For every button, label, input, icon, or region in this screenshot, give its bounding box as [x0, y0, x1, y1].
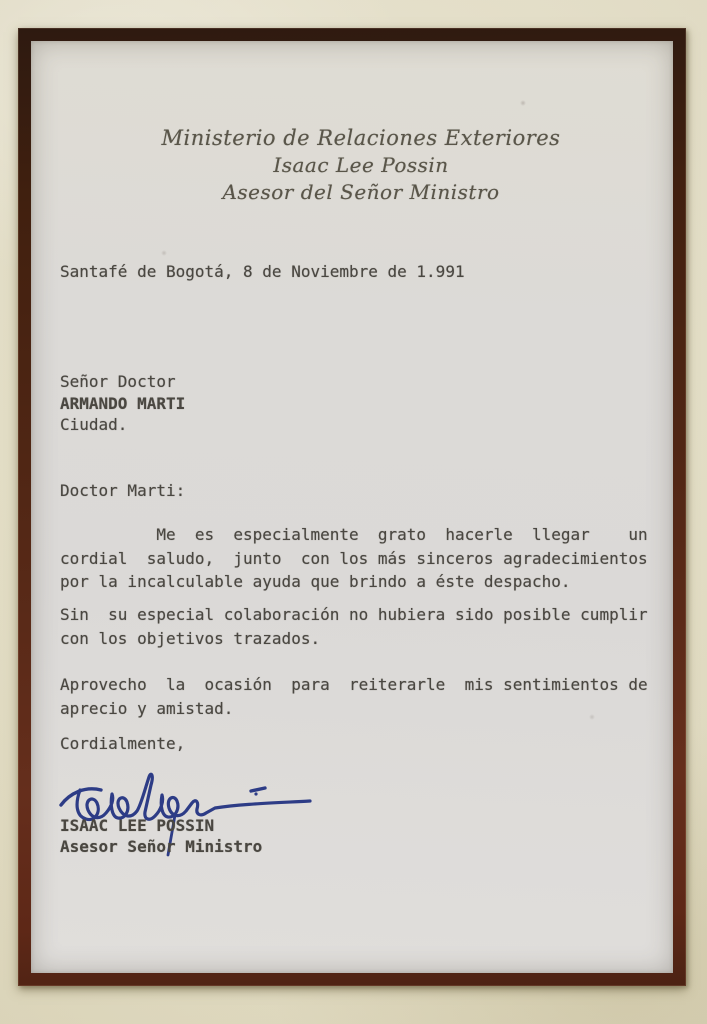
letter-paper: Ministerio de Relaciones Exteriores Isaa…: [31, 41, 673, 973]
recipient-honorific: Señor Doctor: [60, 371, 185, 393]
closing: Cordialmente,: [60, 732, 185, 756]
paragraph-2-line-2: con los objetivos trazados.: [60, 627, 648, 651]
letterhead: Ministerio de Relaciones Exteriores Isaa…: [40, 125, 682, 206]
paragraph-2-line-1: Sin su especial colaboración no hubiera …: [60, 603, 648, 627]
salutation-block: Doctor Marti:: [60, 479, 185, 503]
closing-block: Cordialmente,: [60, 732, 185, 756]
paragraph-1-line-3: por la incalculable ayuda que brindo a é…: [60, 570, 648, 594]
letterhead-ministry: Ministerio de Relaciones Exteriores: [40, 125, 682, 152]
paragraph-3-line-1: Aprovecho la ocasión para reiterarle mis…: [60, 673, 648, 697]
paragraph-1-line-2: cordial saludo, junto con los más sincer…: [60, 547, 648, 571]
date-line: Santafé de Bogotá, 8 de Noviembre de 1.9…: [60, 260, 465, 284]
paragraph-3-line-2: aprecio y amistad.: [60, 697, 648, 721]
letterhead-name: Isaac Lee Possin: [40, 152, 682, 179]
recipient-block: Señor Doctor ARMANDO MARTI Ciudad.: [60, 371, 185, 436]
signer-title: Asesor Señor Ministro: [60, 836, 262, 857]
recipient-city: Ciudad.: [60, 414, 185, 436]
wall-background: Ministerio de Relaciones Exteriores Isaa…: [0, 0, 707, 1024]
salutation: Doctor Marti:: [60, 479, 185, 503]
recipient-name: ARMANDO MARTI: [60, 393, 185, 415]
date-block: Santafé de Bogotá, 8 de Noviembre de 1.9…: [60, 260, 465, 284]
paragraph-2: Sin su especial colaboración no hubiera …: [60, 603, 648, 650]
picture-frame: Ministerio de Relaciones Exteriores Isaa…: [18, 28, 686, 986]
paragraph-1: Me es especialmente grato hacerle llegar…: [60, 523, 648, 594]
signer-block: ISAAC LEE POSSIN Asesor Señor Ministro: [60, 815, 262, 857]
signer-name: ISAAC LEE POSSIN: [60, 815, 262, 836]
paragraph-1-line-1: Me es especialmente grato hacerle llegar…: [60, 523, 648, 547]
letterhead-title: Asesor del Señor Ministro: [40, 179, 682, 206]
paragraph-3: Aprovecho la ocasión para reiterarle mis…: [60, 673, 648, 720]
